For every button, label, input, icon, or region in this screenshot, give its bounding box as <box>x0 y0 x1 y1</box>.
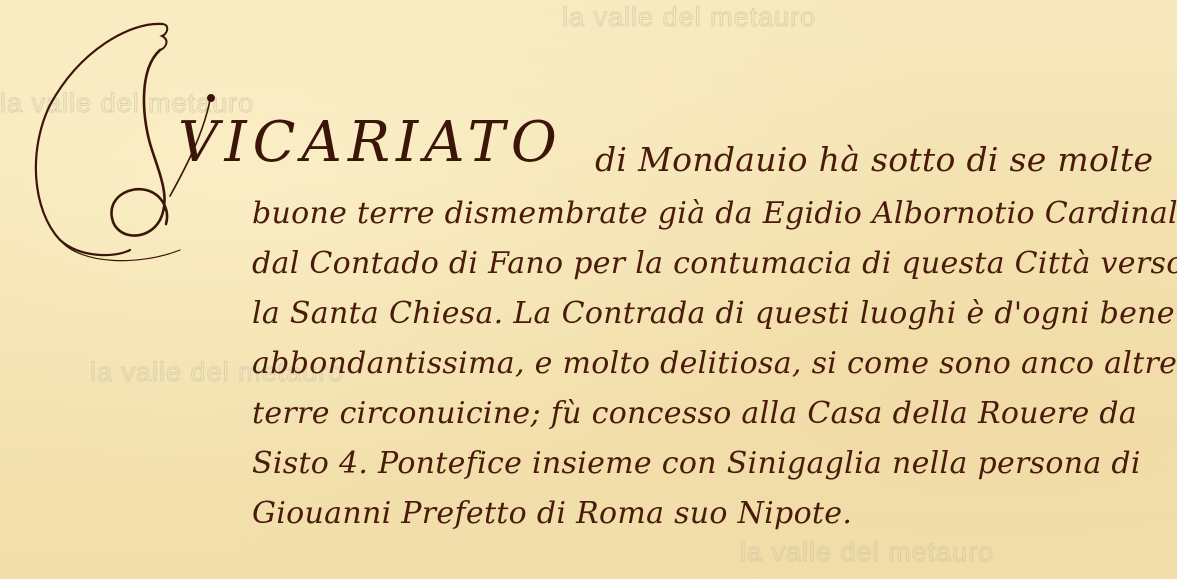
watermark: la valle del metauro <box>740 537 994 568</box>
document-heading: VICARIATO <box>178 110 563 175</box>
manuscript-page: la valle del metauro la valle del metaur… <box>0 0 1177 579</box>
manuscript-line: Giouanni Prefetto di Roma suo Nipote. <box>252 496 852 531</box>
manuscript-line: dal Contado di Fano per la contumacia di… <box>252 246 1177 281</box>
manuscript-line: abbondantissima, e molto delitiosa, si c… <box>252 346 1177 381</box>
manuscript-line: terre circonuicine; fù concesso alla Cas… <box>252 396 1137 431</box>
manuscript-line: la Santa Chiesa. La Contrada di questi l… <box>252 296 1175 331</box>
manuscript-line: di Mondauio hà sotto di se molte <box>595 140 1153 179</box>
manuscript-line: Sisto 4. Pontefice insieme con Sinigagli… <box>252 446 1141 481</box>
manuscript-line: buone terre dismembrate già da Egidio Al… <box>252 196 1177 231</box>
watermark: la valle del metauro <box>562 2 816 33</box>
